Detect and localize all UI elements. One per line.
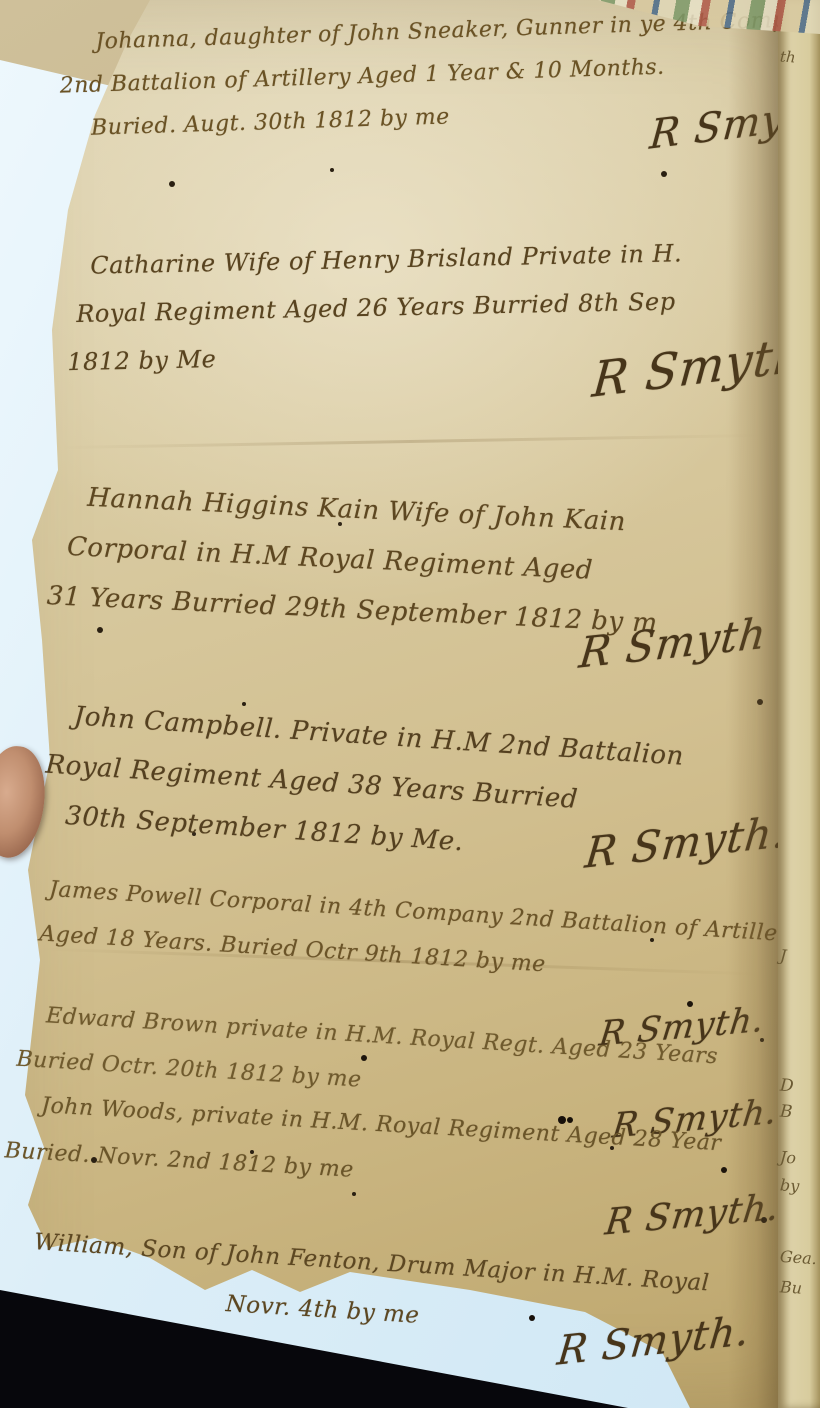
facing-page-fragment: by	[779, 1175, 800, 1195]
facing-page-fragment: Jo	[779, 1147, 796, 1167]
entry-line: Royal Regiment Aged 26 Years Burried 8th…	[76, 287, 683, 328]
ink-specks	[0, 0, 4, 4]
facing-page-fragment: Bu	[779, 1277, 802, 1297]
entry-line: Corporal in H.M Royal Regiment Aged	[66, 532, 660, 589]
facing-page-sliver	[778, 0, 820, 1408]
facing-page-fragment: D	[779, 1076, 794, 1097]
facing-page-fragment: th	[779, 47, 796, 66]
register-entry: Hannah Higgins Kain Wife of John KainCor…	[63, 482, 662, 659]
page-curl-edge	[728, 0, 780, 1408]
facing-page-fragment: J	[779, 946, 787, 965]
facing-page-fragment: Gea.	[779, 1247, 817, 1269]
entry-line: 31 Years Burried 29th September 1812 by …	[46, 581, 658, 639]
facing-page-fragment: B	[779, 1102, 793, 1123]
register-photo: Johanna, daughter of John Sneaker, Gunne…	[0, 0, 820, 1408]
entry-line: 1812 by Me	[67, 335, 684, 376]
entry-line: 2nd Battalion of Artillery Aged 1 Year &…	[59, 50, 802, 98]
